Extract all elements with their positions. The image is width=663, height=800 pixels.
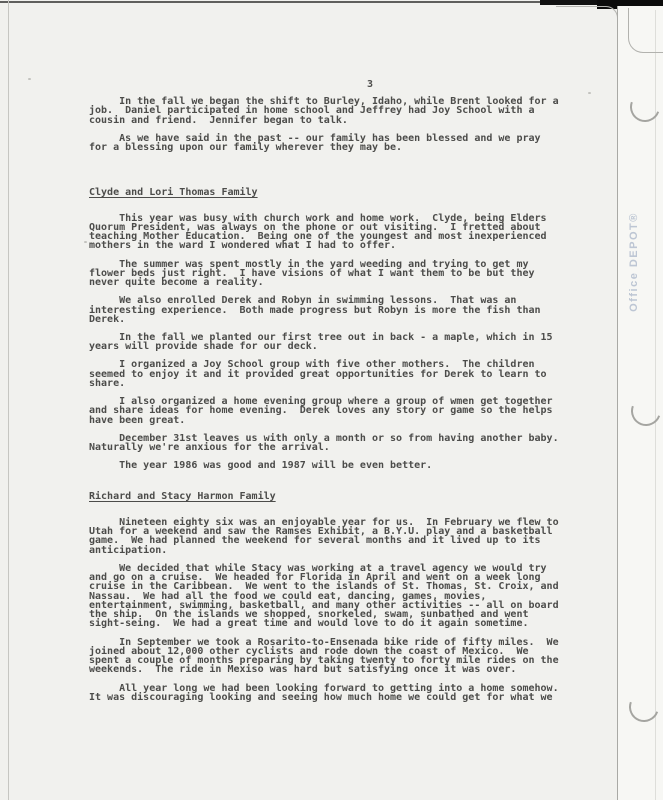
binder-corner-cutout bbox=[628, 8, 663, 53]
paragraph: I organized a Joy School group with five… bbox=[89, 360, 589, 388]
paragraph: Nineteen eighty six was an enjoyable yea… bbox=[89, 518, 589, 555]
paragraph: All year long we had been looking forwar… bbox=[89, 684, 589, 703]
page-left-edge bbox=[8, 0, 9, 800]
scan-speck bbox=[84, 241, 87, 243]
scan-speck bbox=[588, 92, 591, 94]
paragraph: In the fall we began the shift to Burley… bbox=[89, 97, 589, 125]
paragraph: The year 1986 was good and 1987 will be … bbox=[89, 461, 589, 470]
paragraph: We also enrolled Derek and Robyn in swim… bbox=[89, 296, 589, 324]
scan-speck bbox=[28, 78, 31, 80]
section-heading-harmon-family: Richard and Stacy Harmon Family bbox=[89, 492, 589, 501]
paragraph: December 31st leaves us with only a mont… bbox=[89, 434, 589, 453]
page-top-right-corner bbox=[556, 6, 618, 41]
page-content: In the fall we began the shift to Burley… bbox=[89, 97, 589, 711]
paragraph: I also organized a home evening group wh… bbox=[89, 397, 589, 425]
section-heading-thomas-family: Clyde and Lori Thomas Family bbox=[89, 188, 589, 197]
paragraph: This year was busy with church work and … bbox=[89, 214, 589, 251]
paragraph: As we have said in the past -- our famil… bbox=[89, 134, 589, 153]
scanned-page: Office DEPOT® 3 In the fall we began the… bbox=[0, 0, 663, 800]
paragraph: We decided that while Stacy was working … bbox=[89, 564, 589, 629]
paragraph: In the fall we planted our first tree ou… bbox=[89, 333, 589, 352]
page-number: 3 bbox=[367, 79, 373, 90]
paragraph: In September we took a Rosarito-to-Ensen… bbox=[89, 638, 589, 675]
paragraph: The summer was spent mostly in the yard … bbox=[89, 260, 589, 288]
office-depot-watermark: Office DEPOT® bbox=[628, 212, 640, 312]
